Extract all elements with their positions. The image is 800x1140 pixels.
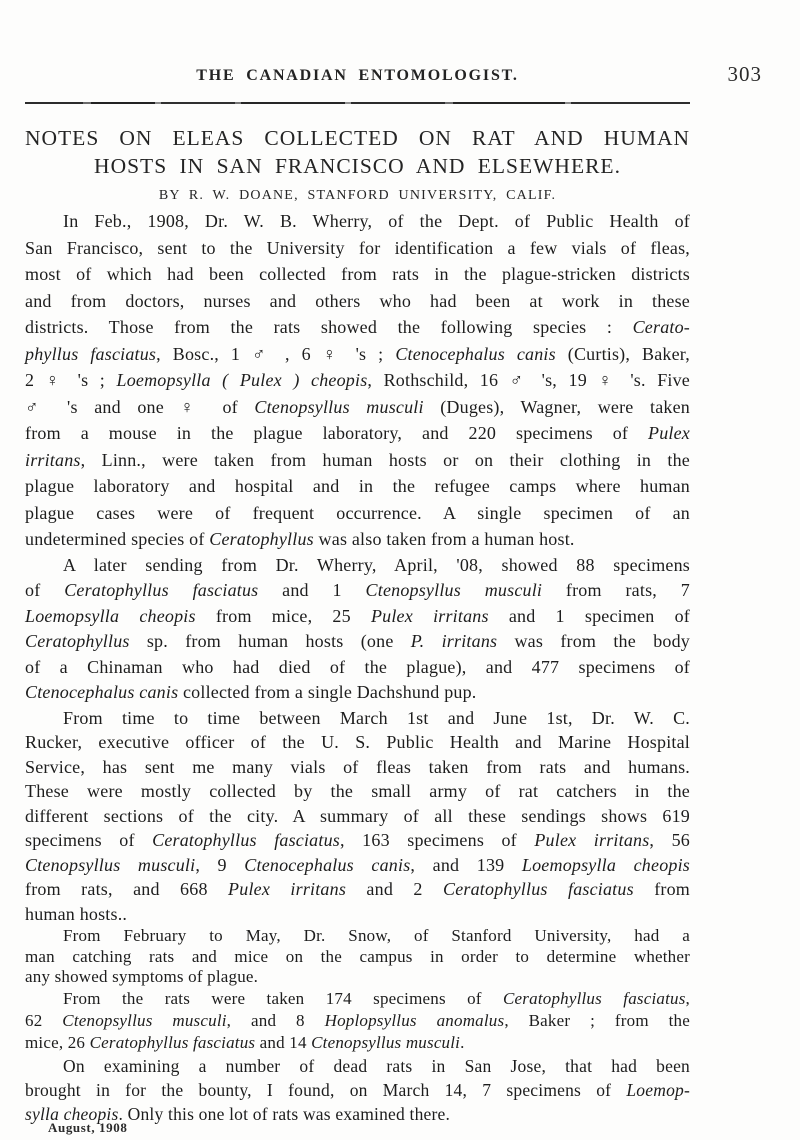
- text-line: San Francisco, sent to the University fo…: [25, 235, 690, 262]
- running-head-journal-title: THE CANADIAN ENTOMOLOGIST.: [25, 66, 690, 86]
- paragraph: From time to time between March 1st and …: [25, 706, 690, 927]
- text-line: Ctenocephalus canis collected from a sin…: [25, 680, 690, 706]
- species-name: Ctenocephalus canis: [25, 682, 178, 702]
- text-run: . Only this one lot of rats was examined…: [118, 1104, 450, 1124]
- text-line: and from doctors, nurses and others who …: [25, 288, 690, 315]
- text-line: from rats, and 668 Pulex irritans and 2 …: [25, 877, 690, 902]
- text-line: any showed symptoms of plague.: [25, 967, 690, 988]
- text-line: from a mouse in the plague laboratory, a…: [25, 420, 690, 447]
- species-name: Ceratophyllus: [25, 631, 130, 651]
- species-name: Ceratophyllus fasciatus: [152, 830, 340, 850]
- text-line: Rucker, executive officer of the U. S. P…: [25, 730, 690, 755]
- text-run: Service, has sent me many vials of fleas…: [25, 757, 690, 777]
- text-line: irritans, Linn., were taken from human h…: [25, 447, 690, 474]
- text-run: In Feb., 1908, Dr. W. B. Wherry, of the …: [63, 211, 690, 231]
- species-name: Pulex irritans: [371, 606, 489, 626]
- text-run: from a mouse in the plague laboratory, a…: [25, 423, 648, 443]
- species-name: phyllus fasciatus: [25, 344, 156, 364]
- species-name: Ceratophyllus fasciatus: [443, 879, 634, 899]
- text-run: mice, 26: [25, 1033, 90, 1052]
- text-run: From February to May, Dr. Snow, of Stanf…: [63, 926, 690, 945]
- text-run: , Linn., were taken from human hosts or …: [81, 450, 690, 470]
- text-run: was from the body: [497, 631, 690, 651]
- text-line: man catching rats and mice on the campus…: [25, 947, 690, 968]
- text-run: San Francisco, sent to the University fo…: [25, 238, 690, 258]
- text-line: brought in for the bounty, I found, on M…: [25, 1078, 690, 1102]
- species-name: P. irritans: [411, 631, 497, 651]
- text-run: from rats, and 668: [25, 879, 228, 899]
- text-run: brought in for the bounty, I found, on M…: [25, 1080, 626, 1100]
- text-run: collected from a single Dachshund pup.: [178, 682, 476, 702]
- text-line: different sections of the city. A summar…: [25, 804, 690, 829]
- text-line: most of which had been collected from ra…: [25, 261, 690, 288]
- paragraph: In Feb., 1908, Dr. W. B. Wherry, of the …: [25, 208, 690, 553]
- species-name: Ctenocephalus canis: [395, 344, 556, 364]
- text-run: From the rats were taken 174 specimens o…: [63, 989, 503, 1008]
- text-line: From time to time between March 1st and …: [25, 706, 690, 731]
- text-run: , and 139: [410, 855, 521, 875]
- text-run: On examining a number of dead rats in Sa…: [63, 1056, 690, 1076]
- text-run: and 1: [258, 580, 365, 600]
- text-run: From time to time between March 1st and …: [63, 708, 690, 728]
- text-run: from rats, 7: [542, 580, 690, 600]
- page-content: THE CANADIAN ENTOMOLOGIST. 303 NOTES ON …: [25, 66, 690, 1126]
- text-line: In Feb., 1908, Dr. W. B. Wherry, of the …: [25, 208, 690, 235]
- text-run: undetermined species of: [25, 529, 209, 549]
- text-run: (Curtis), Baker,: [556, 344, 690, 364]
- text-line: plague cases were of frequent occurrence…: [25, 500, 690, 527]
- text-line: plague laboratory and hospital and in th…: [25, 473, 690, 500]
- species-name: Ceratophyllus: [209, 529, 314, 549]
- text-line: human hosts..: [25, 902, 690, 927]
- text-run: (Duges), Wagner, were taken: [424, 397, 690, 417]
- text-run: man catching rats and mice on the campus…: [25, 947, 690, 966]
- species-name: Ctenopsyllus musculi: [62, 1011, 226, 1030]
- species-name: Ceratophyllus fasciatus: [64, 580, 258, 600]
- species-name: Hoplopsyllus anomalus: [325, 1011, 505, 1030]
- text-run: and 1 specimen of: [489, 606, 690, 626]
- text-line: ♂ 's and one ♀ of Ctenopsyllus musculi (…: [25, 394, 690, 421]
- text-line: Service, has sent me many vials of fleas…: [25, 755, 690, 780]
- species-name: Pulex: [648, 423, 690, 443]
- text-run: , Rothschild, 16 ♂ 's, 19 ♀ 's. Five: [367, 370, 690, 390]
- text-line: 2 ♀ 's ; Loemopsylla ( Pulex ) cheopis, …: [25, 367, 690, 394]
- text-run: from mice, 25: [196, 606, 371, 626]
- text-run: , 56: [649, 830, 690, 850]
- text-line: Ceratophyllus sp. from human hosts (one …: [25, 629, 690, 655]
- species-name: Pulex irritans: [228, 879, 346, 899]
- species-name: Ctenopsyllus musculi: [366, 580, 543, 600]
- text-line: From February to May, Dr. Snow, of Stanf…: [25, 926, 690, 947]
- text-run: and from doctors, nurses and others who …: [25, 291, 690, 311]
- text-run: These were mostly collected by the small…: [25, 781, 690, 801]
- text-line: Loemopsylla cheopis from mice, 25 Pulex …: [25, 604, 690, 630]
- text-run: , Baker ; from the: [504, 1011, 690, 1030]
- text-run: districts. Those from the rats showed th…: [25, 317, 633, 337]
- text-run: A later sending from Dr. Wherry, April, …: [63, 555, 690, 575]
- footer-signature-date: August, 1908: [48, 1120, 127, 1136]
- article-title-line-1: NOTES ON ELEAS COLLECTED ON RAT AND HUMA…: [25, 124, 690, 152]
- text-run: and 2: [346, 879, 443, 899]
- species-name: Ctenopsyllus musculi: [311, 1033, 460, 1052]
- species-name: Cerato-: [633, 317, 690, 337]
- paragraph: From the rats were taken 174 specimens o…: [25, 988, 690, 1054]
- species-name: Ctenocephalus canis: [244, 855, 410, 875]
- text-run: , 163 specimens of: [340, 830, 534, 850]
- body-text: In Feb., 1908, Dr. W. B. Wherry, of the …: [25, 208, 690, 1126]
- scanned-journal-page: THE CANADIAN ENTOMOLOGIST. 303 NOTES ON …: [0, 0, 800, 1140]
- text-run: specimens of: [25, 830, 152, 850]
- text-run: ♂ 's and one ♀ of: [25, 397, 254, 417]
- text-run: of: [25, 580, 64, 600]
- species-name: Ctenopsyllus musculi: [25, 855, 195, 875]
- species-name: Loemopsylla cheopis: [522, 855, 690, 875]
- text-line: phyllus fasciatus, Bosc., 1 ♂ , 6 ♀ 's ;…: [25, 341, 690, 368]
- text-run: .: [460, 1033, 464, 1052]
- species-name: Ctenopsyllus musculi: [254, 397, 423, 417]
- text-run: different sections of the city. A summar…: [25, 806, 690, 826]
- species-name: Pulex irritans: [534, 830, 649, 850]
- text-run: any showed symptoms of plague.: [25, 967, 258, 986]
- text-run: from: [634, 879, 690, 899]
- page-number: 303: [728, 62, 763, 87]
- article-title-line-2: HOSTS IN SAN FRANCISCO AND ELSEWHERE.: [25, 152, 690, 180]
- species-name: Loemopsylla ( Pulex ) cheopis: [117, 370, 368, 390]
- text-line: of a Chinaman who had died of the plague…: [25, 655, 690, 681]
- text-run: human hosts..: [25, 904, 127, 924]
- text-run: sp. from human hosts (one: [130, 631, 411, 651]
- paragraph: A later sending from Dr. Wherry, April, …: [25, 553, 690, 706]
- text-line: Ctenopsyllus musculi, 9 Ctenocephalus ca…: [25, 853, 690, 878]
- header-divider-rule: [25, 102, 690, 104]
- species-name: Loemop-: [626, 1080, 690, 1100]
- article-byline: BY R. W. DOANE, STANFORD UNIVERSITY, CAL…: [25, 188, 690, 204]
- text-line: 62 Ctenopsyllus musculi, and 8 Hoplopsyl…: [25, 1010, 690, 1032]
- paragraph: From February to May, Dr. Snow, of Stanf…: [25, 926, 690, 988]
- text-run: 2 ♀ 's ;: [25, 370, 117, 390]
- text-line: specimens of Ceratophyllus fasciatus, 16…: [25, 828, 690, 853]
- text-run: ,: [686, 989, 690, 1008]
- text-run: plague cases were of frequent occurrence…: [25, 503, 690, 523]
- text-line: A later sending from Dr. Wherry, April, …: [25, 553, 690, 579]
- text-line: On examining a number of dead rats in Sa…: [25, 1054, 690, 1078]
- text-run: most of which had been collected from ra…: [25, 264, 690, 284]
- text-run: , and 8: [227, 1011, 325, 1030]
- species-name: Ceratophyllus fasciatus: [90, 1033, 256, 1052]
- text-line: of Ceratophyllus fasciatus and 1 Ctenops…: [25, 578, 690, 604]
- text-run: , 9: [195, 855, 244, 875]
- text-line: mice, 26 Ceratophyllus fasciatus and 14 …: [25, 1032, 690, 1054]
- text-line: undetermined species of Ceratophyllus wa…: [25, 526, 690, 553]
- species-name: irritans: [25, 450, 81, 470]
- text-run: of a Chinaman who had died of the plague…: [25, 657, 690, 677]
- species-name: Loemopsylla cheopis: [25, 606, 196, 626]
- text-run: 62: [25, 1011, 62, 1030]
- text-run: was also taken from a human host.: [314, 529, 575, 549]
- text-run: Rucker, executive officer of the U. S. P…: [25, 732, 690, 752]
- text-run: plague laboratory and hospital and in th…: [25, 476, 690, 496]
- text-run: , Bosc., 1 ♂ , 6 ♀ 's ;: [156, 344, 395, 364]
- text-line: From the rats were taken 174 specimens o…: [25, 988, 690, 1010]
- paragraph: On examining a number of dead rats in Sa…: [25, 1054, 690, 1126]
- text-run: and 14: [255, 1033, 311, 1052]
- species-name: Ceratophyllus fasciatus: [503, 989, 686, 1008]
- text-line: districts. Those from the rats showed th…: [25, 314, 690, 341]
- text-line: These were mostly collected by the small…: [25, 779, 690, 804]
